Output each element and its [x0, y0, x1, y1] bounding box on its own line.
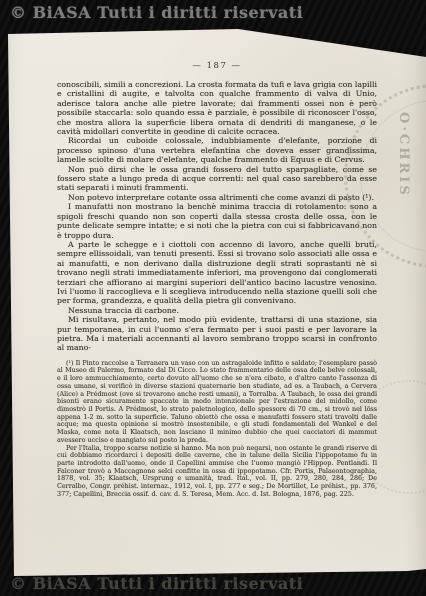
paragraph: (¹) Il Pinto raccolse a Terranera un vas… — [57, 360, 377, 445]
footnote: (¹) Il Pinto raccolse a Terranera un vas… — [57, 360, 377, 499]
scanned-book-page: © BiASA Tutti i diritti riservati — 187 … — [0, 0, 426, 596]
paragraph: conoscibili, simili a concrezioni. La cr… — [57, 80, 377, 136]
paragraph: I manufatti non mostrano la benchè minim… — [57, 202, 377, 240]
paragraph: Mi risultava, pertanto, nel modo più evi… — [57, 315, 377, 353]
biasa-watermark-bottom: © BiASA Tutti i diritti riservati — [10, 574, 303, 593]
paragraph: Non potevo interpretare cotante ossa alt… — [57, 193, 377, 202]
page-scan: — 187 — conoscibili, simili a concrezion… — [0, 0, 426, 596]
stamp-letters: O·CHRIS — [396, 112, 411, 198]
paragraph: Ricordai un cuboide colossale, indubbiam… — [57, 136, 377, 164]
paragraph: A parte le schegge e i ciottoli con acce… — [57, 240, 377, 306]
paragraph: Nessuna traccia di carbone. — [57, 306, 377, 315]
paragraph: Non può dirsi che le ossa grandi fossero… — [57, 165, 377, 193]
biasa-watermark-top: © BiASA Tutti i diritti riservati — [10, 3, 303, 22]
body-text: conoscibili, simili a concrezioni. La cr… — [57, 80, 377, 353]
page-content: — 187 — conoscibili, simili a concrezion… — [57, 61, 377, 498]
page-number: — 187 — — [57, 61, 377, 71]
paragraph: Per l'Italia, troppo scarse notizie si h… — [57, 445, 377, 499]
